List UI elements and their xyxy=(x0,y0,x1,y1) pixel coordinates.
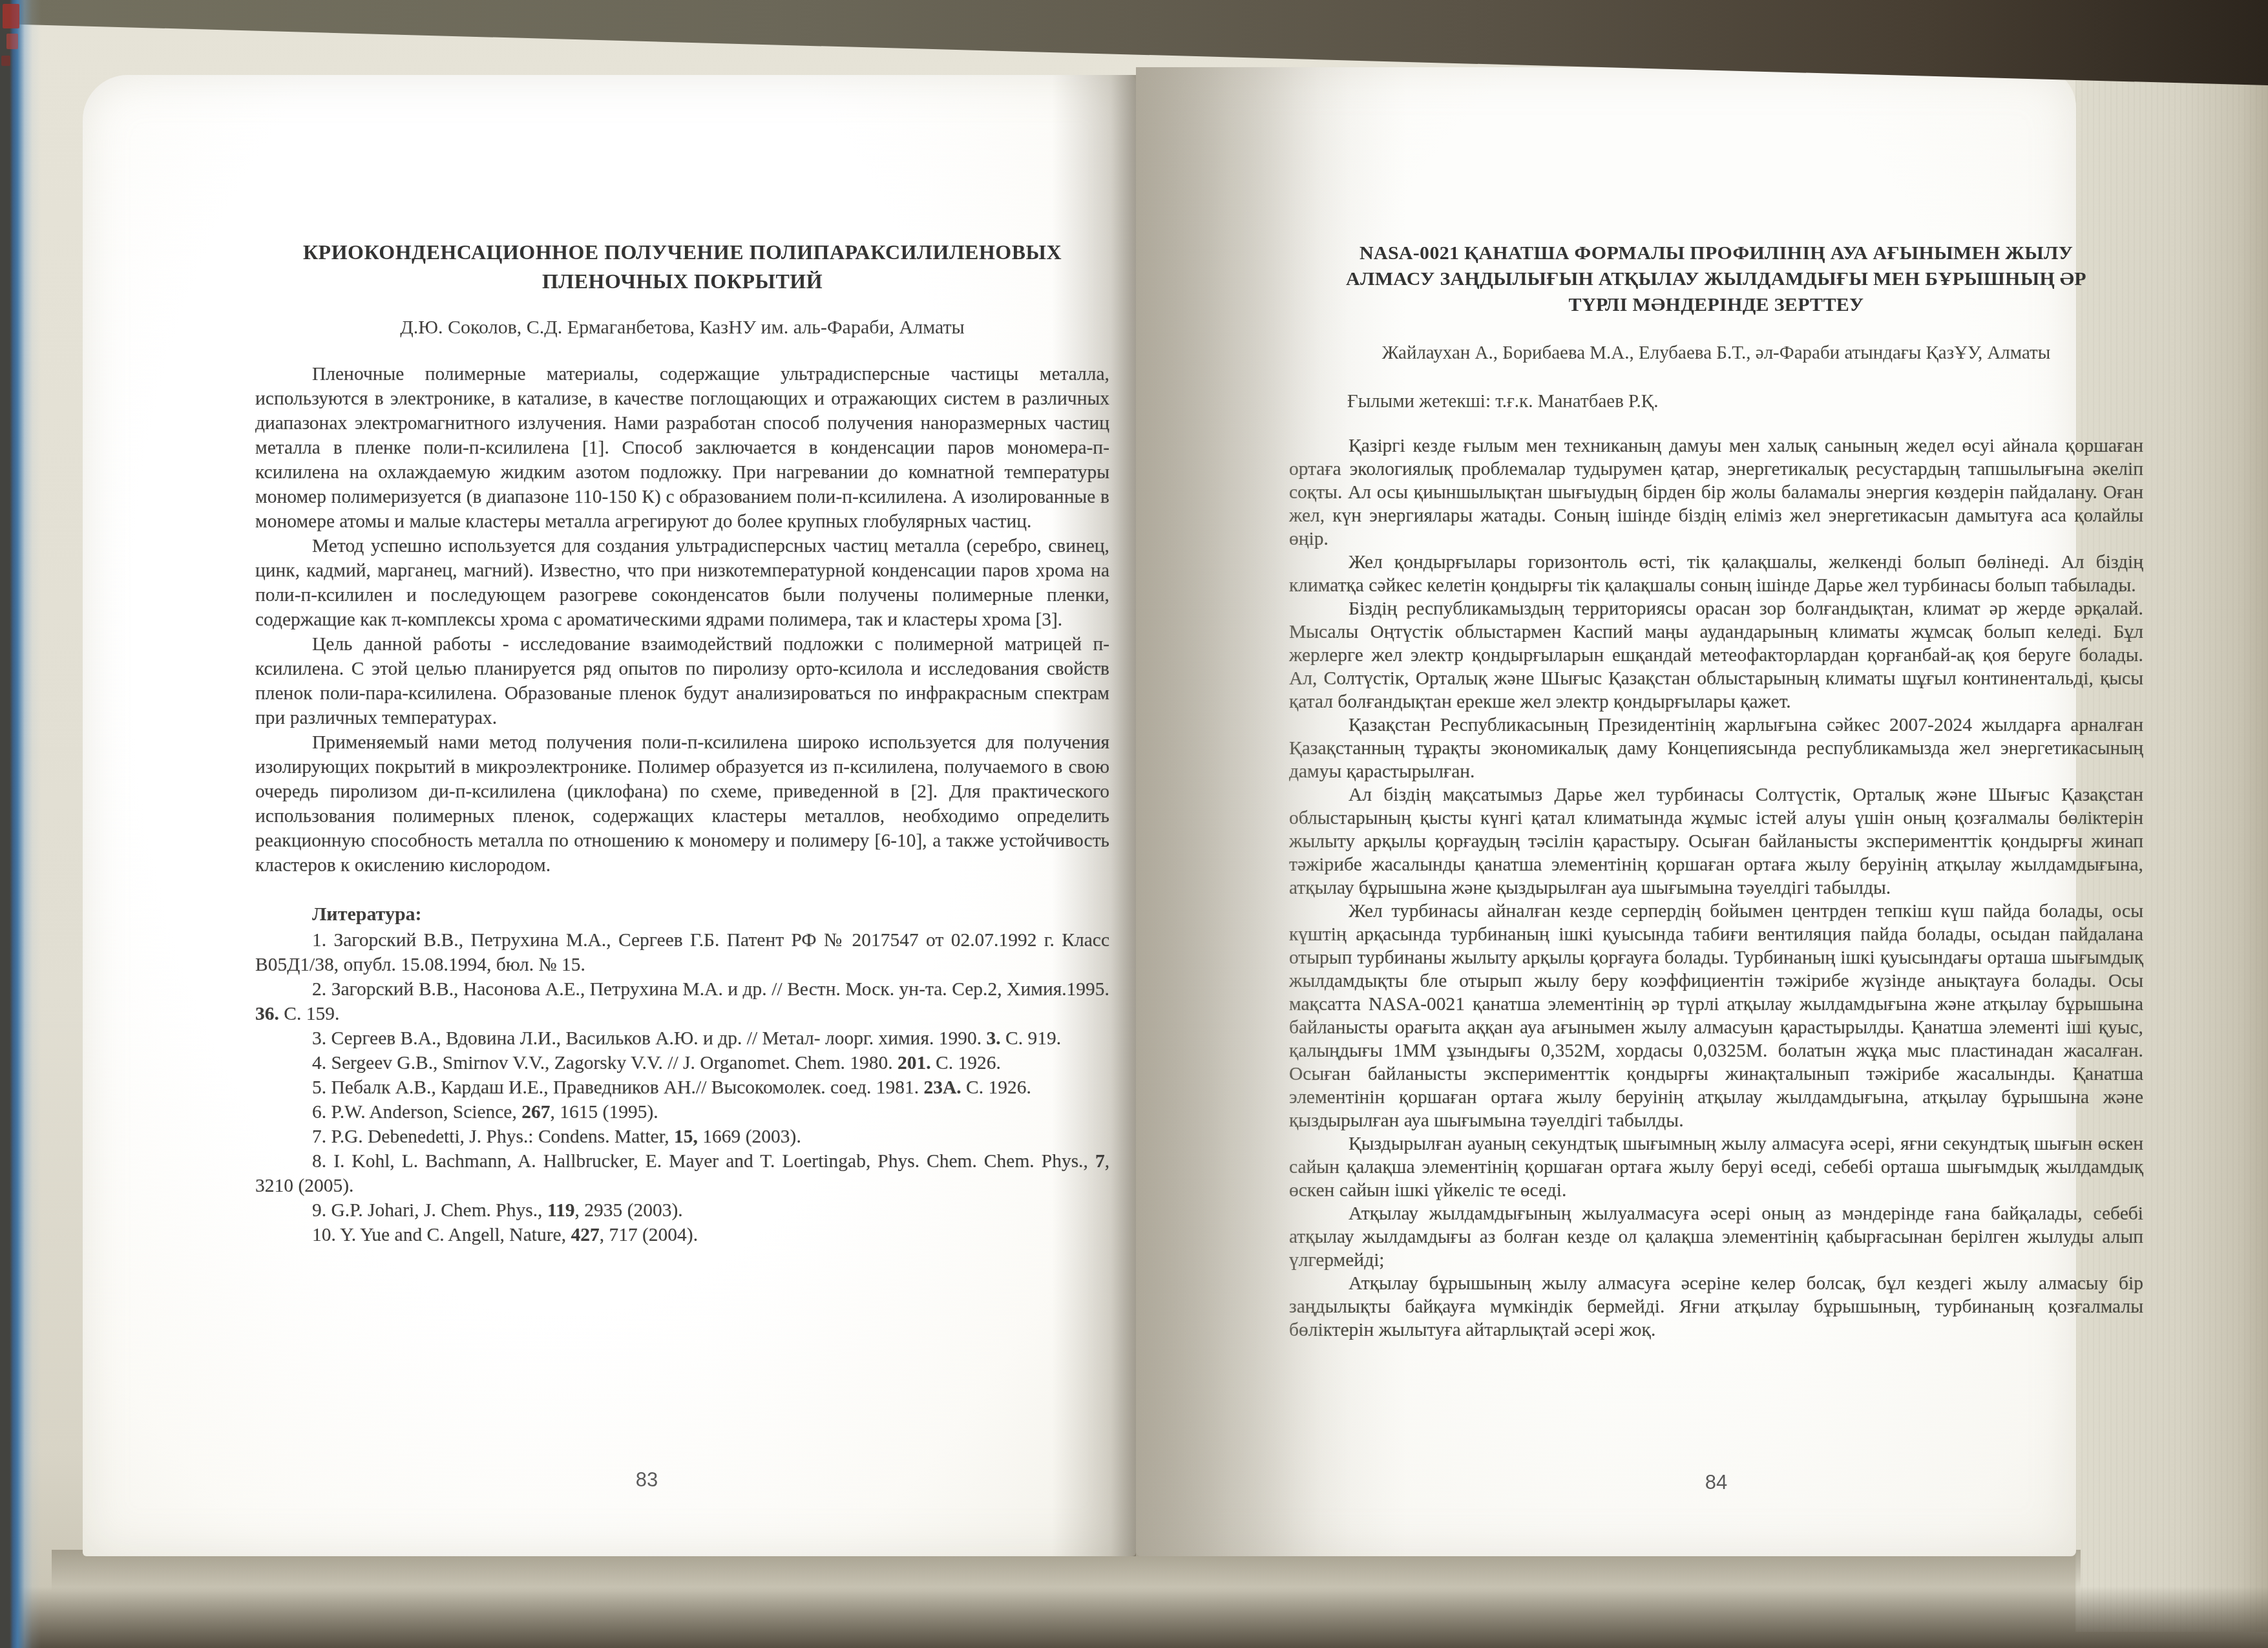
reference-volume: 267 xyxy=(521,1102,550,1123)
title-line: КРИОКОНДЕНСАЦИОННОЕ ПОЛУЧЕНИЕ ПОЛИПАРАКС… xyxy=(255,238,1109,267)
paragraph: Атқылау бұрышының жылу алмасуға әсеріне … xyxy=(1289,1272,2143,1342)
title-line: ПЛЕНОЧНЫХ ПОКРЫТИЙ xyxy=(255,267,1109,296)
scan-noise-speck xyxy=(1,56,10,66)
paragraph: Жел қондырғылары горизонтоль өсті, тік қ… xyxy=(1289,551,2143,597)
scanner-shadow-bottom xyxy=(0,1587,2268,1648)
reference-text: 9. G.P. Johari, J. Chem. Phys., xyxy=(312,1200,547,1221)
reference-text: , 2935 (2003). xyxy=(575,1200,683,1221)
reference-text: 4. Sergeev G.B., Smirnov V.V., Zagorsky … xyxy=(312,1053,898,1073)
reference-text: 1. Загорский В.В., Петрухина М.А., Серге… xyxy=(255,930,1109,975)
reference-volume: 15, xyxy=(674,1126,698,1147)
reference-volume: 7 xyxy=(1095,1151,1105,1172)
reference-text: 8. I. Kohl, L. Bachmann, A. Hallbrucker,… xyxy=(312,1151,1095,1172)
reference-item: 6. P.W. Anderson, Science, 267, 1615 (19… xyxy=(255,1100,1109,1125)
paragraph: Біздің республикамыздың территориясы ора… xyxy=(1289,597,2143,713)
reference-item: 5. Пебалк А.В., Кардаш И.Е., Праведников… xyxy=(255,1075,1109,1100)
paragraph: Цель данной работы - исследование взаимо… xyxy=(255,632,1109,730)
reference-item: 10. Y. Yue and C. Angell, Nature, 427, 7… xyxy=(255,1223,1109,1247)
paragraph: Ал біздің мақсатымыз Дарье жел турбинасы… xyxy=(1289,783,2143,900)
reference-volume: 427 xyxy=(571,1225,599,1245)
reference-text: С. 159. xyxy=(279,1004,339,1024)
reference-text: С. 919. xyxy=(1001,1028,1061,1049)
title-line: NASA-0021 ҚАНАТША ФОРМАЛЫ ПРОФИЛІНІҢ АУА… xyxy=(1289,240,2143,266)
reference-item: 7. P.G. Debenedetti, J. Phys.: Condens. … xyxy=(255,1125,1109,1149)
right-page-number: 84 xyxy=(1289,1471,2143,1494)
right-article-supervisor: Ғылыми жетекші: т.ғ.к. Манатбаев Р.Қ. xyxy=(1289,391,2143,412)
title-line: ТҮРЛІ МӘНДЕРІНДЕ ЗЕРТТЕУ xyxy=(1289,292,2143,318)
reference-text: C. 1926. xyxy=(931,1053,1001,1073)
scanned-book-spread: КРИОКОНДЕНСАЦИОННОЕ ПОЛУЧЕНИЕ ПОЛИПАРАКС… xyxy=(0,0,2268,1648)
left-article-authors: Д.Ю. Соколов, С.Д. Ермаганбетова, КазНУ … xyxy=(255,317,1109,339)
reference-item: 3. Сергеев В.А., Вдовина Л.И., Васильков… xyxy=(255,1026,1109,1051)
reference-item: 9. G.P. Johari, J. Chem. Phys., 119, 293… xyxy=(255,1198,1109,1223)
scan-noise-speck xyxy=(3,4,19,28)
reference-item: 8. I. Kohl, L. Bachmann, A. Hallbrucker,… xyxy=(255,1149,1109,1198)
reference-item: 2. Загорский В.В., Насонова А.Е., Петрух… xyxy=(255,977,1109,1026)
right-page-text: NASA-0021 ҚАНАТША ФОРМАЛЫ ПРОФИЛІНІҢ АУА… xyxy=(1289,240,2143,1342)
reference-volume: 36. xyxy=(255,1004,279,1024)
scan-left-edge xyxy=(0,0,41,1648)
reference-volume: 3. xyxy=(986,1028,1000,1049)
reference-text: , 1615 (1995). xyxy=(550,1102,658,1123)
right-article-title: NASA-0021 ҚАНАТША ФОРМАЛЫ ПРОФИЛІНІҢ АУА… xyxy=(1289,240,2143,318)
reference-text: 7. P.G. Debenedetti, J. Phys.: Condens. … xyxy=(312,1126,674,1147)
left-page-text: КРИОКОНДЕНСАЦИОННОЕ ПОЛУЧЕНИЕ ПОЛИПАРАКС… xyxy=(255,238,1109,1247)
right-article-authors: Жайлаухан А., Борибаева М.А., Елубаева Б… xyxy=(1289,343,2143,364)
reference-text: 1669 (2003). xyxy=(698,1126,801,1147)
paragraph: Метод успешно используется для создания … xyxy=(255,534,1109,632)
paragraph: Қазіргі кезде ғылым мен техниканың дамуы… xyxy=(1289,434,2143,551)
reference-text: 5. Пебалк А.В., Кардаш И.Е., Праведников… xyxy=(312,1077,923,1098)
left-article-body: Пленочные полимерные материалы, содержащ… xyxy=(255,362,1109,878)
reference-item: 1. Загорский В.В., Петрухина М.А., Серге… xyxy=(255,928,1109,977)
paragraph: Применяемый нами метод получения поли-п-… xyxy=(255,730,1109,878)
reference-item: 4. Sergeev G.B., Smirnov V.V., Zagorsky … xyxy=(255,1051,1109,1075)
reference-text: 2. Загорский В.В., Насонова А.Е., Петрух… xyxy=(312,979,1109,1000)
reference-list: 1. Загорский В.В., Петрухина М.А., Серге… xyxy=(255,928,1109,1247)
reference-text: С. 1926. xyxy=(961,1077,1031,1098)
paragraph: Пленочные полимерные материалы, содержащ… xyxy=(255,362,1109,534)
reference-text: 3. Сергеев В.А., Вдовина Л.И., Васильков… xyxy=(312,1028,986,1049)
title-line: АЛМАСУ ЗАҢДЫЛЫҒЫН АТҚЫЛАУ ЖЫЛДАМДЫҒЫ МЕН… xyxy=(1289,266,2143,292)
left-article-title: КРИОКОНДЕНСАЦИОННОЕ ПОЛУЧЕНИЕ ПОЛИПАРАКС… xyxy=(255,238,1109,296)
paragraph: Қыздырылған ауаның секундтық шығымның жы… xyxy=(1289,1132,2143,1202)
paragraph: Атқылау жылдамдығының жылуалмасуға әсері… xyxy=(1289,1202,2143,1272)
reference-volume: 23А. xyxy=(923,1077,961,1098)
literature-heading: Литература: xyxy=(255,903,1109,925)
paragraph: Жел турбинасы айналған кезде серпердің б… xyxy=(1289,900,2143,1132)
reference-text: 10. Y. Yue and C. Angell, Nature, xyxy=(312,1225,571,1245)
reference-text: 6. P.W. Anderson, Science, xyxy=(312,1102,521,1123)
reference-volume: 201. xyxy=(898,1053,931,1073)
right-article-body: Қазіргі кезде ғылым мен техниканың дамуы… xyxy=(1289,434,2143,1342)
reference-text: , 717 (2004). xyxy=(600,1225,698,1245)
reference-volume: 119 xyxy=(547,1200,575,1221)
paragraph: Қазақстан Республикасының Президентінің … xyxy=(1289,713,2143,783)
scan-noise-speck xyxy=(6,34,18,49)
gutter-wash-overlay xyxy=(1136,67,1349,1556)
left-page-number: 83 xyxy=(220,1468,1074,1492)
